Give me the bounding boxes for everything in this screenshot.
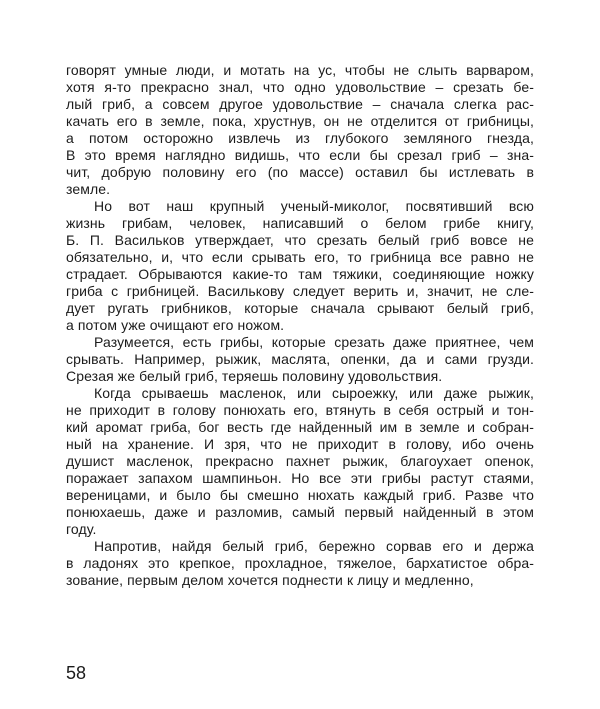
text-line: в ладонях это крепкое, прохладное, тяжел…	[66, 555, 534, 572]
text-line: Б. П. Васильков утверждает, что срезать …	[66, 232, 534, 249]
text-line: Срезая же белый гриб, теряешь половину у…	[66, 368, 534, 385]
text-line: а потом осторожно извлечь из глубокого з…	[66, 130, 534, 147]
text-line: земле.	[66, 181, 534, 198]
text-line: кий аромат гриба, бог весть где найденны…	[66, 419, 534, 436]
text-line: году.	[66, 521, 534, 538]
page-text: говорят умные люди, и мотать на ус, чтоб…	[66, 62, 534, 589]
text-line: зование, первым делом хочется поднести к…	[66, 572, 534, 589]
text-line: гриба с грибницей. Василькову следует ве…	[66, 283, 534, 300]
text-line: хотя я-то прекрасно знал, что одно удово…	[66, 79, 534, 96]
paragraph: Но вот наш крупный ученый-миколог, посвя…	[66, 198, 534, 334]
text-line: не приходит в голову понюхать его, втяну…	[66, 402, 534, 419]
text-line: срывать. Например, рыжик, маслята, опенк…	[66, 351, 534, 368]
text-line: ный на хранение. И зря, что не приходит …	[66, 436, 534, 453]
text-line: обязательно, и, что если срывать его, то…	[66, 249, 534, 266]
text-line: Когда срываешь масленок, или сыроежку, и…	[66, 385, 534, 402]
text-line: лый гриб, а совсем другое удовольствие –…	[66, 96, 534, 113]
book-page: говорят умные люди, и мотать на ус, чтоб…	[0, 0, 600, 709]
text-line: Разумеется, есть грибы, которые срезать …	[66, 334, 534, 351]
text-line: Но вот наш крупный ученый-миколог, посвя…	[66, 198, 534, 215]
text-line: жизнь грибам, человек, написавший о бело…	[66, 215, 534, 232]
text-line: дует ругать грибников, которые сначала с…	[66, 300, 534, 317]
text-line: качать его в земле, пока, хрустнув, он н…	[66, 113, 534, 130]
page-number: 58	[66, 663, 86, 683]
paragraph: Разумеется, есть грибы, которые срезать …	[66, 334, 534, 385]
text-line: вереницами, и было бы смешно нюхать кажд…	[66, 487, 534, 504]
text-line: говорят умные люди, и мотать на ус, чтоб…	[66, 62, 534, 79]
text-line: чит, добрую половину его (по массе) оста…	[66, 164, 534, 181]
text-line: страдает. Обрываются какие-то там тяжики…	[66, 266, 534, 283]
text-line: В это время наглядно видишь, что если бы…	[66, 147, 534, 164]
text-line: поражает запахом шампиньон. Но все эти г…	[66, 470, 534, 487]
text-line: а потом уже очищают его ножом.	[66, 317, 534, 334]
paragraph: Напротив, найдя белый гриб, бережно сорв…	[66, 538, 534, 589]
paragraph: говорят умные люди, и мотать на ус, чтоб…	[66, 62, 534, 198]
text-line: Напротив, найдя белый гриб, бережно сорв…	[66, 538, 534, 555]
text-line: душист масленок, прекрасно пахнет рыжик,…	[66, 453, 534, 470]
text-line: понюхаешь, даже и разломив, самый первый…	[66, 504, 534, 521]
paragraph: Когда срываешь масленок, или сыроежку, и…	[66, 385, 534, 538]
